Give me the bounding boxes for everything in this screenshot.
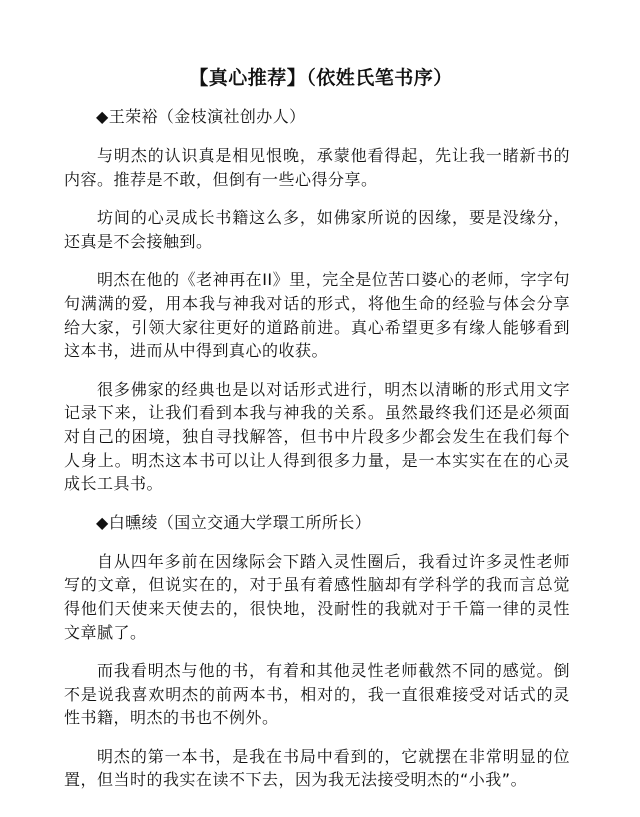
recommendation-section-2: ◆白曛绫（国立交通大学環工所所长） 自从四年多前在因缘际会下踏入灵性圈后，我看过…	[64, 511, 570, 792]
paragraph: 很多佛家的经典也是以对话形式进行，明杰以清晰的形式用文字记录下来，让我们看到本我…	[64, 378, 570, 496]
recommender-name: ◆王荣裕（金枝演社创办人）	[64, 105, 570, 129]
page-title: 【真心推荐】（依姓氏笔书序）	[64, 66, 570, 90]
paragraph: 明杰的第一本书，是我在书局中看到的，它就摆在非常明显的位置，但当时的我实在读不下…	[64, 745, 570, 792]
paragraph: 明杰在他的《老神再在II》里，完全是位苦口婆心的老师，字字句句满满的爱，用本我与…	[64, 268, 570, 362]
recommender-name: ◆白曛绫（国立交通大学環工所所长）	[64, 511, 570, 535]
paragraph: 与明杰的认识真是相见恨晚，承蒙他看得起，先让我一睹新书的内容。推荐是不敢，但倒有…	[64, 144, 570, 191]
paragraph: 而我看明杰与他的书，有着和其他灵性老师截然不同的感觉。倒不是说我喜欢明杰的前两本…	[64, 659, 570, 730]
paragraph: 坊间的心灵成长书籍这么多，如佛家所说的因缘，要是没缘分，还真是不会接触到。	[64, 206, 570, 253]
recommendation-section-1: ◆王荣裕（金枝演社创办人） 与明杰的认识真是相见恨晚，承蒙他看得起，先让我一睹新…	[64, 105, 570, 496]
paragraph: 自从四年多前在因缘际会下踏入灵性圈后，我看过许多灵性老师写的文章，但说实在的，对…	[64, 550, 570, 644]
document-page: 【真心推荐】（依姓氏笔书序） ◆王荣裕（金枝演社创办人） 与明杰的认识真是相见恨…	[64, 66, 570, 807]
